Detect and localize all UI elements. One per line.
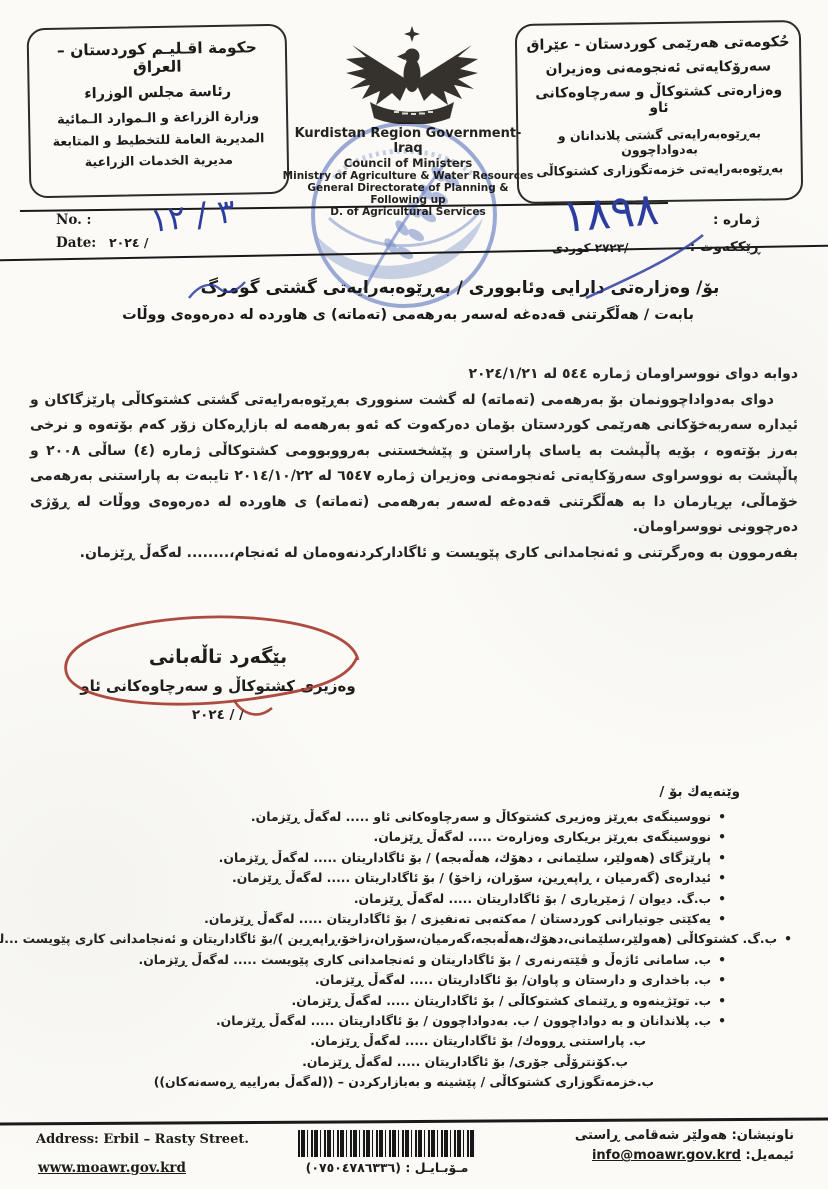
header-box-arabic: حكومة اقـليـم كوردستان – العراق رئاسة مج… [27, 24, 290, 199]
no-label: No. : [56, 212, 92, 228]
address-value-ku: هەولێر شەقامی ڕاستی [575, 1128, 727, 1143]
bullet-icon: • [718, 911, 726, 926]
cc-item: •نووسینگەی بەڕێز وەزیری كشتوكاڵ و سەرچاو… [6, 807, 794, 827]
directorate-ku: بەڕێوەبەرایەتی گشتی پلاندانان و بەدواداچ… [526, 125, 792, 159]
body-closing-line: بفەرموون بە وەرگرتنی و ئەنجامدانی كاری پ… [30, 541, 798, 567]
bullet-icon: • [718, 891, 726, 906]
mobile-number: (٠٧٥٠٤٧٨٦٣٣٦) [306, 1160, 401, 1175]
cc-list: وێنەیەك بۆ / •نووسینگەی بەڕێز وەزیری كشت… [6, 784, 794, 1093]
cc-item: ب.كۆنترۆڵی جۆری/ بۆ ئاگاداریتان ..... لە… [6, 1052, 794, 1072]
cc-item: •ب. سامانی ئاژەڵ و ڤێتەرنەری / بۆ ئاگادا… [6, 950, 794, 970]
bullet-icon: • [718, 850, 726, 865]
scanned-letter-page: حكومة اقـليـم كوردستان – العراق رئاسة مج… [0, 0, 828, 1189]
number-label-ku: ژمارە : [690, 212, 760, 228]
cc-item: •ب. پلاندانان و بە دواداچوون / ب. بەدواد… [6, 1011, 794, 1031]
cc-item: •ئیدارەی (گەرمیان ، ڕاپەڕین، سۆران، زاخۆ… [6, 868, 794, 888]
website-link: www.moawr.gov.krd [38, 1160, 186, 1176]
cc-item-text: ب.خزمەتگوزاری كشتوكاڵی / پێشینە و بەبازا… [154, 1074, 654, 1089]
address-english: Address: Erbil – Rasty Street. [36, 1132, 249, 1147]
cc-item-text: ب. پاراستنی ڕووەك/ بۆ ئاگاداریتان ..... … [310, 1033, 646, 1048]
body-reference-line: دوابە دوای نووسراومان ژمارە ٥٤٤ لە ٢٠٢٤/… [30, 362, 798, 388]
bullet-icon: • [718, 870, 726, 885]
handwritten-ref-number: ١٨٩٨ [560, 182, 661, 243]
cc-item-text: نووسینگەی بەڕێز بریكاری وەزارەت ..... لە… [373, 829, 711, 844]
cc-item-text: ب. باخداری و دارستان و پاوان/ بۆ ئاگادار… [315, 972, 711, 987]
header-box-kurdish: حُكومەتی هەرێمی كوردستان - عێراق سەرۆكای… [515, 20, 803, 204]
services-dept-ar: مديرية الخدمات الزراعية [37, 151, 281, 170]
cc-item-text: ئیدارەی (گەرمیان ، ڕاپەڕین، سۆران، زاخۆ)… [232, 870, 711, 885]
cc-item: •یەكێتی جوتیارانی كوردستان / مەكتەبی تەن… [6, 909, 794, 929]
cc-item-text: ب. سامانی ئاژەڵ و ڤێتەرنەری / بۆ ئاگادار… [139, 952, 712, 967]
kurdish-date-label: ڕێككەوت : [666, 239, 760, 255]
cc-item-text: ب. پلاندانان و بە دواداچوون / ب. بەدوادا… [216, 1013, 711, 1028]
gov-title-ar: حكومة اقـليـم كوردستان – العراق [35, 38, 280, 78]
bullet-icon: • [718, 993, 726, 1008]
gov-title-ku: حُكومەتی هەرێمی كوردستان - عێراق [525, 34, 791, 54]
footer-rule-line [0, 1117, 828, 1125]
address-value-en: : Erbil – Rasty Street. [94, 1132, 249, 1147]
address-kurdish-line: ناونیشان: هەولێر شەقامی ڕاستی [516, 1126, 794, 1146]
bullet-icon: • [718, 809, 726, 824]
cc-item: ب. پاراستنی ڕووەك/ بۆ ئاگاداریتان ..... … [6, 1031, 794, 1051]
red-pen-circle-icon [36, 606, 392, 738]
cc-items: •نووسینگەی بەڕێز وەزیری كشتوكاڵ و سەرچاو… [6, 807, 794, 1093]
subject-line: بابەت / هەڵگرتنی قەدەغە لەسەر بەرهەمی (ت… [0, 307, 822, 323]
services-dept-ku: بەڕێوەبەرایەتی خزمەتگوزاری كشتوكاڵی [527, 160, 793, 179]
cc-item-text: ب. توێژینەوە و ڕێنمای كشتوكاڵی / بۆ ئاگا… [292, 993, 712, 1008]
date-label: Date: [56, 235, 96, 251]
subject-block: بۆ/ وەزارەتی دارایی وئابووری / بەڕێوەبەر… [0, 278, 828, 323]
footer-kurdish-block: ناونیشان: هەولێر شەقامی ڕاستی ئیمەیل: in… [516, 1126, 794, 1166]
addressee-line: بۆ/ وەزارەتی دارایی وئابووری / بەڕێوەبەر… [46, 278, 828, 298]
cc-item: •ب. باخداری و دارستان و پاوان/ بۆ ئاگادا… [6, 970, 794, 990]
address-label-ku: ناونیشان: [732, 1128, 794, 1143]
kurdish-date-value: /٢٧٢٣ كوردی [552, 241, 660, 255]
address-label-en: Address [36, 1132, 94, 1147]
cc-item-text: ب.گ. دیوان / ژمێریاری / بۆ ئاگاداریتان .… [354, 891, 711, 906]
date-year-printed: ٢٠٢٤ / [109, 235, 148, 250]
cc-item: •ب. توێژینەوە و ڕێنمای كشتوكاڵی / بۆ ئاگ… [6, 991, 794, 1011]
kurdistan-eagle-emblem-icon [342, 22, 482, 124]
bullet-icon: • [784, 931, 792, 946]
date-row: Date: ٢٠٢٤ / [56, 235, 148, 251]
bullet-icon: • [718, 972, 726, 987]
cc-item-text: پارێزگای (هەولێر، سلێمانی ، دهۆك، هەڵەبج… [219, 850, 711, 865]
bullet-icon: • [718, 829, 726, 844]
email-line: ئیمەیل: info@moawr.gov.krd [516, 1146, 794, 1166]
mobile-line: مـۆبـايـل : (٠٧٥٠٤٧٨٦٣٣٦) [294, 1160, 480, 1175]
cc-item: •نووسینگەی بەڕێز بریكاری وەزارەت ..... ل… [6, 827, 794, 847]
cc-item: ب.خزمەتگوزاری كشتوكاڵی / پێشینە و بەبازا… [6, 1072, 794, 1092]
ministry-ar: وزارة الزراعة و الـموارد الـمائية [36, 109, 280, 128]
cc-item-text: یەكێتی جوتیارانی كوردستان / مەكتەبی تەنف… [204, 911, 711, 926]
body-main-paragraph: دوای بەدواداچوونمان بۆ بەرهەمی (تەماتە) … [30, 388, 798, 541]
cc-item-text: ب.كۆنترۆڵی جۆری/ بۆ ئاگاداریتان ..... لە… [302, 1054, 628, 1069]
letter-body: دوابە دوای نووسراومان ژمارە ٥٤٤ لە ٢٠٢٤/… [30, 362, 798, 566]
mobile-label: مـۆبـايـل : [405, 1160, 468, 1175]
email-label-ku: ئیمەیل: [746, 1148, 794, 1163]
council-ar: رئاسة مجلس الوزراء [36, 83, 280, 103]
cc-item-text: ب.گ. كشتوكاڵی (هەولێر،سلێمانی،دهۆك،هەڵەب… [0, 931, 777, 946]
cc-item: •پارێزگای (هەولێر، سلێمانی ، دهۆك، هەڵەب… [6, 848, 794, 868]
council-ku: سەرۆكایەتی ئەنجومەنی وەزیران [525, 58, 791, 78]
cc-item: •ب.گ. كشتوكاڵی (هەولێر،سلێمانی،دهۆك،هەڵە… [6, 929, 794, 949]
email-link: info@moawr.gov.krd [592, 1148, 741, 1163]
cc-item-text: نووسینگەی بەڕێز وەزیری كشتوكاڵ و سەرچاوە… [251, 809, 711, 824]
bullet-icon: • [718, 952, 726, 967]
cc-item: •ب.گ. دیوان / ژمێریاری / بۆ ئاگاداریتان … [6, 889, 794, 909]
bullet-icon: • [718, 1013, 726, 1028]
ministry-ku: وەزارەتی كشتوكاڵ و سەرچاوەكانی ئاو [526, 82, 792, 118]
handwritten-date: ٣ / ١٢ [148, 191, 237, 240]
cc-heading: وێنەیەك بۆ / [6, 784, 794, 800]
barcode-icon [298, 1130, 476, 1157]
directorate-ar: المديرية العامة للتخطيط و المتابعة [36, 130, 280, 149]
